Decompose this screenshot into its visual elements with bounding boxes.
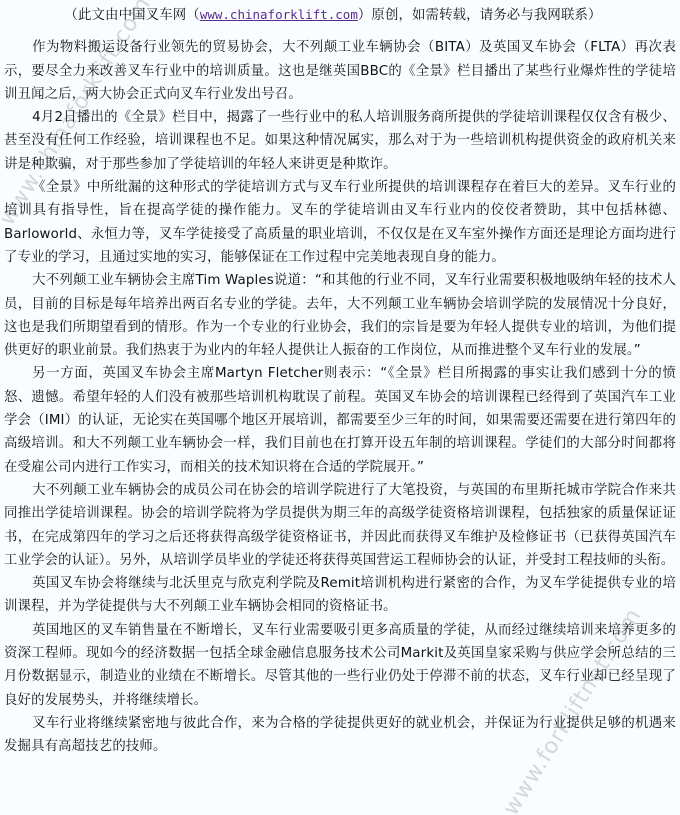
paragraph-martyn-fletcher-quote: 另一方面，英国叉车协会主席Martyn Fletcher则表示：“《全景》栏目所… xyxy=(4,362,676,478)
paragraph-bita-investment: 大不列颠工业车辆协会的成员公司在协会的培训学院进行了大笔投资，与英国的布里斯托城… xyxy=(4,479,676,572)
source-link[interactable]: www.chinaforklift.com xyxy=(200,7,358,22)
paragraph-conclusion: 叉车行业将继续紧密地与彼此合作，来为合格的学徒提供更好的就业机会，并保证为行业提… xyxy=(4,712,676,759)
paragraph-intro: 作为物料搬运设备行业领先的贸易协会，大不列颠工业车辆协会（BITA）及英国叉车协… xyxy=(4,36,676,106)
source-note-suffix: ）原创，如需转载，请务必与我网联系） xyxy=(358,8,602,23)
paragraph-flta-cooperation: 英国叉车协会将继续与北沃里克与欣克利学院及Remit培训机构进行紧密的合作，为叉… xyxy=(4,572,676,619)
paragraph-training-difference: 《全景》中所纰漏的这种形式的学徒培训方式与叉车行业所提供的培训课程存在着巨大的差… xyxy=(4,176,676,269)
paragraph-tim-waples-quote: 大不列颠工业车辆协会主席Tim Waples说道：“和其他的行业不同，叉车行业需… xyxy=(4,269,676,362)
source-note: （此文由中国叉车网（www.chinaforklift.com）原创，如需转载，… xyxy=(4,3,676,27)
source-note-prefix: （此文由中国叉车网（ xyxy=(64,8,199,23)
article-body: （此文由中国叉车网（www.chinaforklift.com）原创，如需转载，… xyxy=(4,3,676,759)
paragraph-panorama-report: 4月2日播出的《全景》栏目中，揭露了一些行业中的私人培训服务商所提供的学徒培训课… xyxy=(4,106,676,176)
paragraph-sales-growth: 英国地区的叉车销售量在不断增长，叉车行业需要吸引更多高质量的学徒，从而经过继续培… xyxy=(4,619,676,712)
